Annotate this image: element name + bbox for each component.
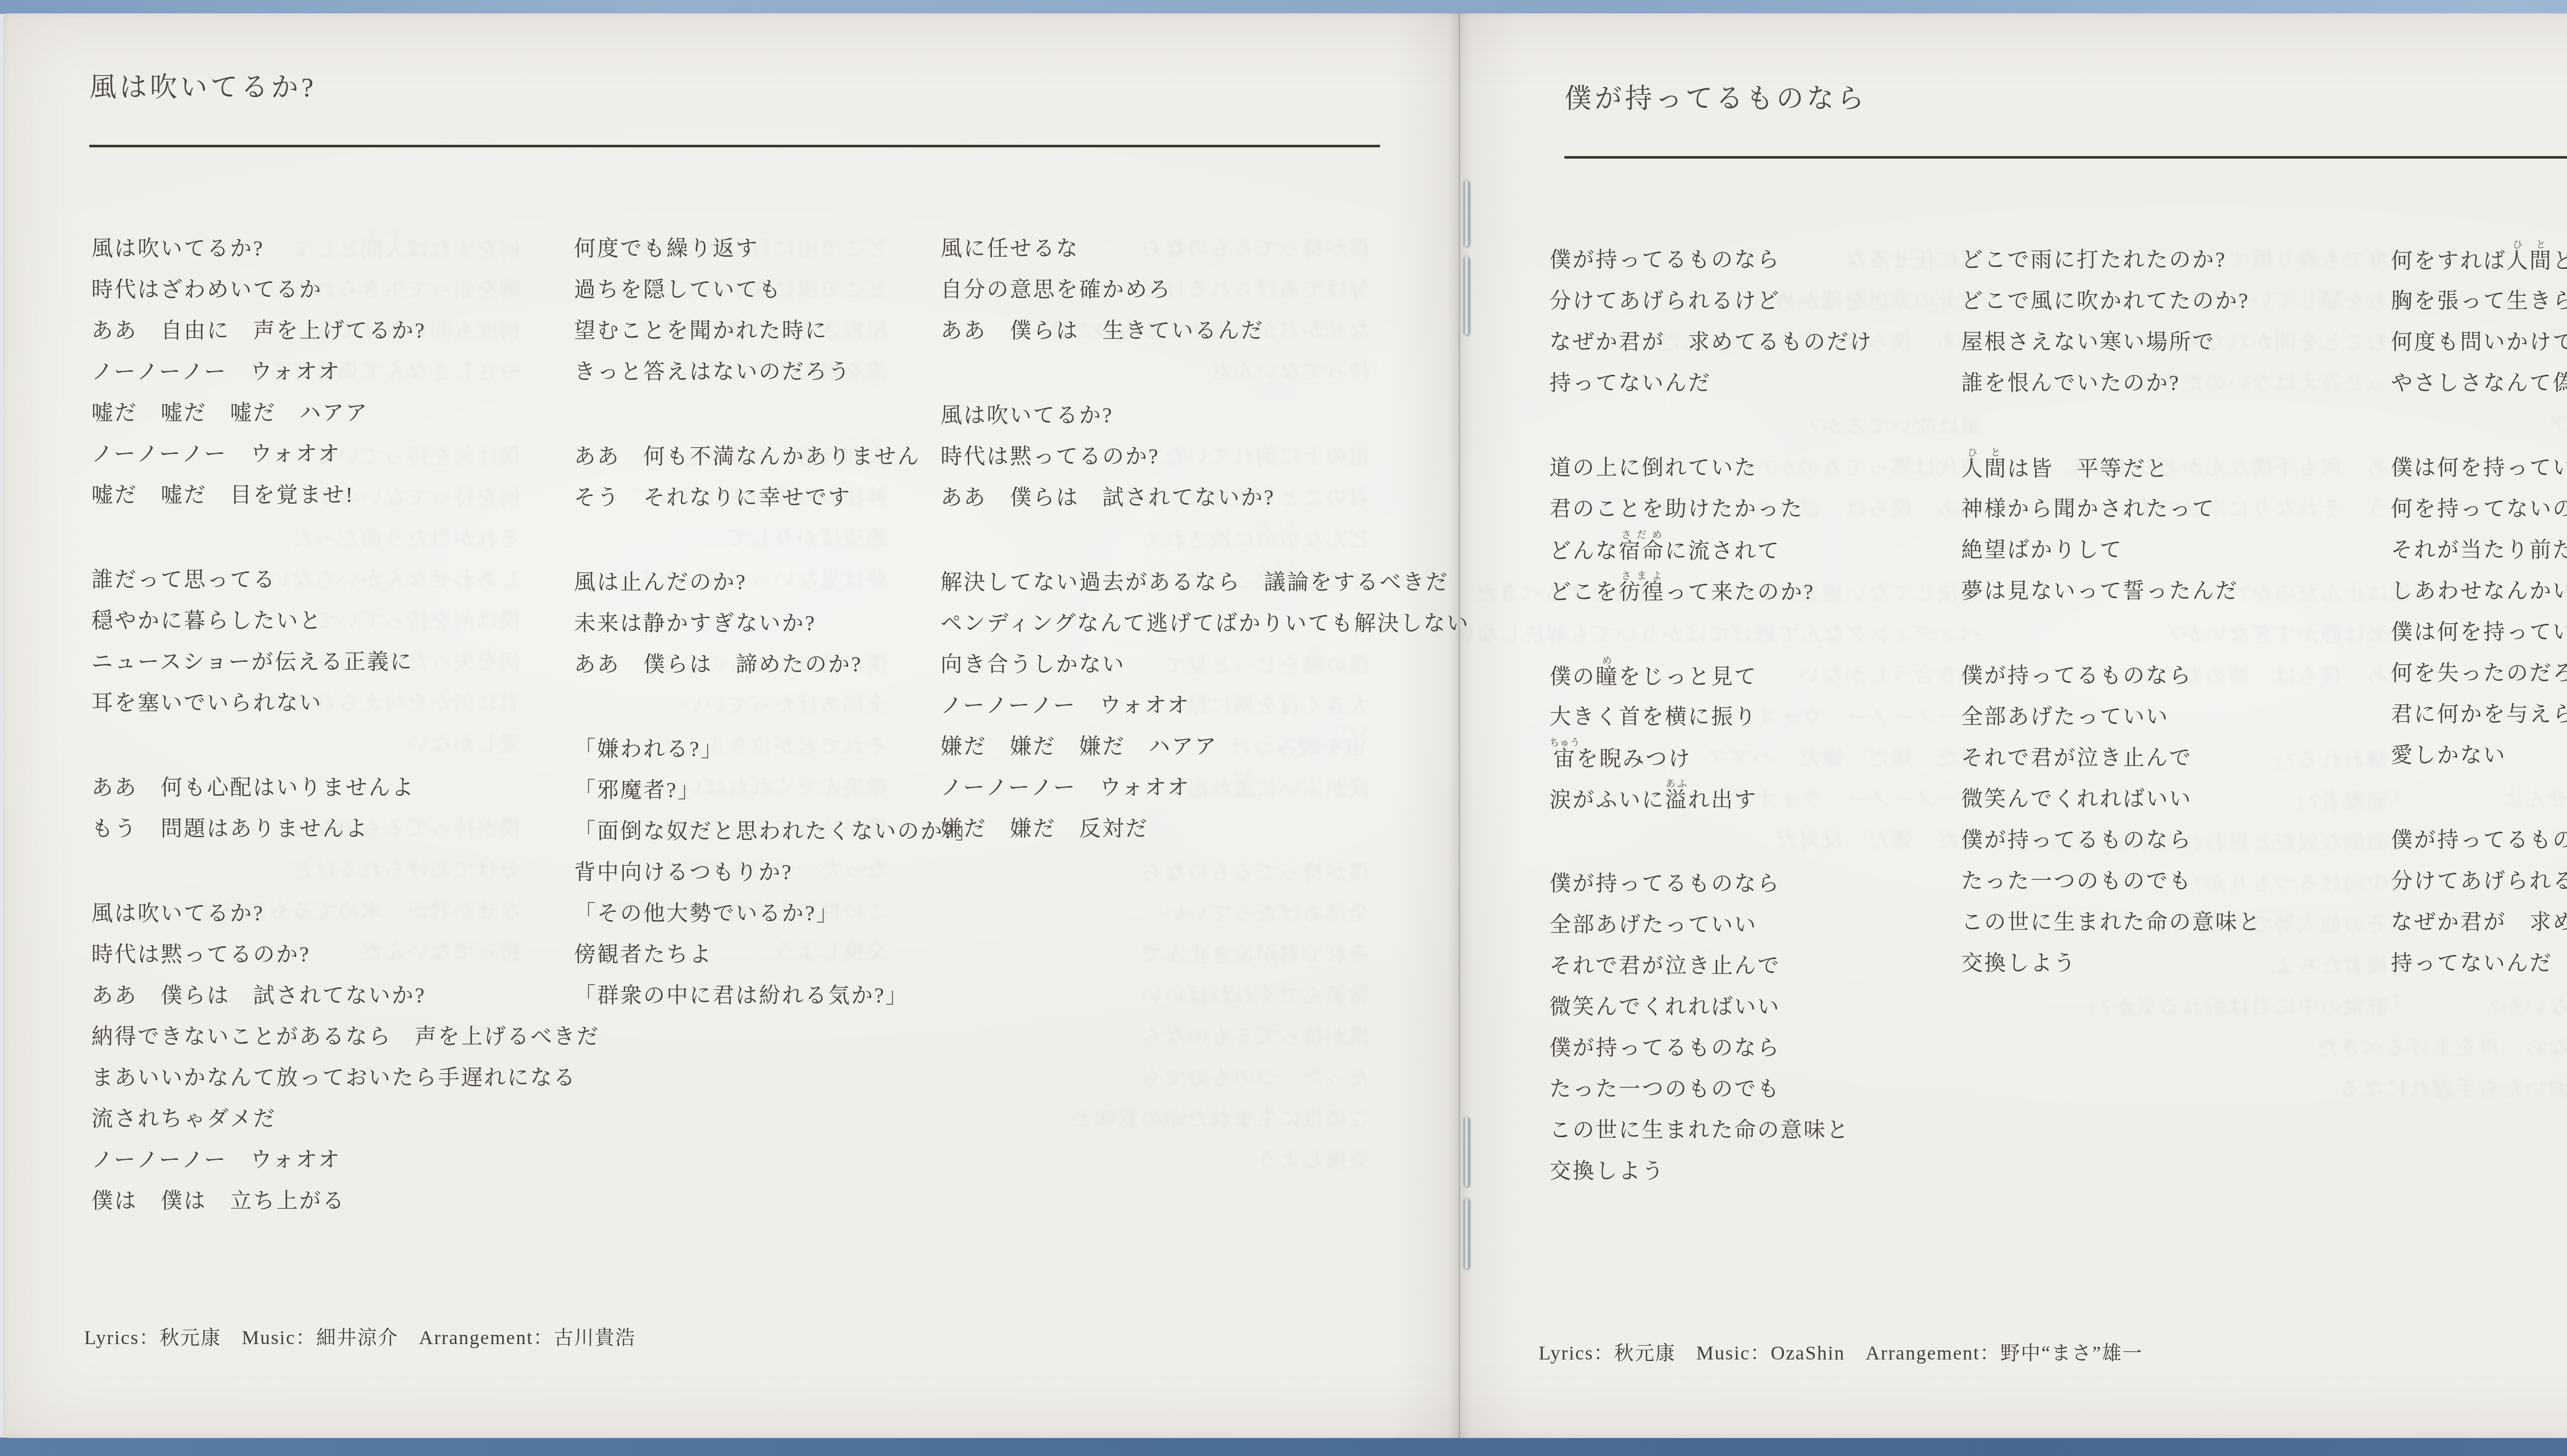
stanza: 風に任せるな自分の意思を確かめろああ 僕らは 生きているんだ	[941, 228, 1470, 352]
lyric-line: 誰を恨んでいたのか?	[1961, 363, 2262, 404]
stanza: 風は吹いてるか?時代は黙ってるのか?ああ 僕らは 試されてないか?	[941, 395, 1470, 519]
lyric-line: 誰だって思ってる	[91, 560, 600, 601]
lyric-line: 大きく首を横に振り	[1549, 697, 1873, 738]
stanza: 何をすれば人間ひととして胸を張って生きられるのか?何度も問いかけてるやさしさなん…	[2391, 240, 2567, 404]
gutter-crease	[1459, 13, 1460, 1438]
cover-edge-bottom	[0, 1438, 2567, 1456]
lyric-line: どこで雨に打たれたのか?	[1961, 240, 2262, 281]
lyric-line: 僕が持ってるものなら	[1961, 820, 2262, 861]
lyric-line: 風は吹いてるか?	[91, 893, 600, 934]
stanza: 風は止んだのか?未来は静かすぎないか?ああ 僕らは 諦めたのか?	[574, 562, 978, 685]
stanza: 風は吹いてるか?時代はざわめいてるかああ 自由に 声を上げてるか?ノーノーノー …	[91, 228, 600, 516]
lyric-line: 屋根さえない寒い場所で	[1961, 322, 2262, 363]
lyric-line: 僕が持ってるものなら	[1961, 656, 2262, 697]
lyric-line: 宙ちゅうを睨みつけ	[1549, 738, 1873, 779]
lyric-line: ニュースショーが伝える正義に	[91, 642, 600, 683]
stanza: 「嫌われる?」「邪魔者?」「面倒な奴だと思われたくないのか?」背中向けるつもりか…	[574, 729, 978, 1017]
lyric-line: 時代はざわめいてるか	[91, 270, 600, 311]
lyric-line: 微笑んでくれればいい	[1549, 987, 1873, 1028]
lyric-line: ああ 僕らは 試されてないか?	[91, 975, 600, 1017]
lyric-line: 神様から聞かされたって	[1961, 489, 2262, 530]
lyric-line: 時代は黙ってるのか?	[91, 934, 600, 975]
booklet-paper: 僕が持ってるものなら分けてあげられるけどなぜか君が 求めてるものだけ持ってないん…	[3, 13, 2567, 1438]
lyric-line: ああ 僕らは 試されてないか?	[941, 477, 1470, 519]
lyric-line: 背中向けるつもりか?	[574, 852, 978, 893]
lyric-line: ノーノーノー ウォオオ	[941, 768, 1470, 809]
lyric-line: 涙がふいに溢あふれ出す	[1549, 779, 1873, 820]
lyric-line: 何を持ってないのか	[2391, 489, 2567, 530]
lyric-line: もう 問題はありませんよ	[91, 809, 600, 850]
stanza: 僕の瞳めをじっと見て大きく首を横に振り宙ちゅうを睨みつけ涙がふいに溢あふれ出す	[1549, 656, 1873, 820]
lyric-line: この世に生まれた命の意味と	[1549, 1110, 1873, 1151]
lyric-line: 嫌だ 嫌だ 反対だ	[941, 809, 1470, 850]
lyric-line: ノーノーノー ウォオオ	[91, 352, 600, 393]
stanza: ああ 何も心配はいりませんよもう 問題はありませんよ	[91, 768, 600, 850]
lyric-line: 解決してない過去があるなら 議論をするべきだ	[941, 562, 1470, 603]
lyric-line: 分けてあげられるけど	[1549, 281, 1873, 322]
lyric-line: 全部あげたっていい	[1961, 697, 2262, 738]
staple-top	[1464, 181, 1469, 335]
lyrics-column: 風は吹いてるか?時代はざわめいてるかああ 自由に 声を上げてるか?ノーノーノー …	[91, 228, 600, 1222]
credits-line: Lyrics：秋元康 Music：細井涼介 Arrangement：古川貴浩	[84, 1321, 636, 1350]
stanza: ああ 何も不満なんかありませんそう それなりに幸せです	[574, 436, 978, 519]
lyric-line: 何度でも繰り返す	[574, 228, 978, 270]
lyric-line: 持ってないんだ	[2391, 943, 2567, 984]
lyric-line: 微笑んでくれればいい	[1961, 779, 2262, 820]
stanza: 僕が持ってるものなら全部あげたっていいそれで君が泣き止んで微笑んでくれればいい僕…	[1549, 864, 1873, 1192]
lyric-line: 愛しかない	[2391, 735, 2567, 776]
lyric-line: この世に生まれた命の意味と	[1961, 902, 2262, 943]
cover-edge-top	[0, 0, 2567, 14]
lyric-line: 嫌だ 嫌だ 嫌だ ハアア	[941, 726, 1470, 768]
lyric-line: 「群衆の中に君は紛れる気か?」	[574, 975, 978, 1017]
lyric-line: 僕は何を持っていて	[2391, 612, 2567, 653]
lyric-line: 僕は 僕は 立ち上がる	[91, 1181, 600, 1222]
lyric-line: どこを彷徨さまよって来たのか?	[1549, 571, 1873, 612]
lyric-line: 人間ひとは皆 平等だと	[1961, 448, 2262, 489]
lyric-line: 自分の意思を確かめろ	[941, 270, 1470, 311]
lyric-line: 絶望ばかりして	[1961, 530, 2262, 571]
lyric-line: 何をすれば人間ひととして	[2391, 240, 2567, 281]
lyric-line: それで君が泣き止んで	[1961, 738, 2262, 779]
credits-line: Lyrics：秋元康 Music：OzaShin Arrangement：野中“…	[1539, 1337, 2143, 1365]
lyric-line: 君に何かを与えられるなら	[2391, 694, 2567, 735]
lyric-line: 持ってないんだ	[1549, 363, 1873, 404]
lyric-line: 「その他大勢でいるか?」	[574, 893, 978, 934]
lyric-line: 交換しよう	[1961, 943, 2262, 984]
lyrics-layer: 風は吹いてるか?時代はざわめいてるかああ 自由に 声を上げてるか?ノーノーノー …	[3, 13, 1459, 1438]
stanza: 解決してない過去があるなら 議論をするべきだペンディングなんて逃げてばかりいても…	[941, 562, 1470, 850]
lyric-line: 風に任せるな	[941, 228, 1470, 270]
stanza: 僕は何を持っていて何を持ってないのかそれが当たり前だったしあわせなんかいらない僕…	[2391, 448, 2567, 776]
lyric-line: ノーノーノー ウォオオ	[941, 685, 1470, 726]
lyric-line: 僕の瞳めをじっと見て	[1549, 656, 1873, 697]
stanza: 誰だって思ってる穏やかに暮らしたいとニュースショーが伝える正義に耳を塞いでいられ…	[91, 560, 600, 724]
lyric-line: ああ 何も不満なんかありません	[574, 436, 978, 477]
lyric-line: 望むことを聞かれた時に	[574, 311, 978, 352]
lyric-line: 時代は黙ってるのか?	[941, 436, 1470, 477]
lyric-line: 納得できないことがあるなら 声を上げるべきだ	[91, 1017, 600, 1058]
lyric-line: 道の上に倒れていた	[1549, 448, 1873, 489]
lyric-line: 傍観者たちよ	[574, 934, 978, 975]
staple-segment	[1464, 181, 1469, 246]
lyric-line: ペンディングなんて逃げてばかりいても解決しない	[941, 603, 1470, 644]
lyric-line: 「邪魔者?」	[574, 770, 978, 811]
lyric-line: ああ 何も心配はいりませんよ	[91, 768, 600, 809]
lyric-line: 風は吹いてるか?	[91, 228, 600, 270]
booklet-scan: 僕が持ってるものなら分けてあげられるけどなぜか君が 求めてるものだけ持ってないん…	[0, 0, 2567, 1456]
stanza: どこで雨に打たれたのか?どこで風に吹かれてたのか?屋根さえない寒い場所で誰を恨ん…	[1961, 240, 2262, 404]
lyric-line: それが当たり前だった	[2391, 530, 2567, 571]
stanza: 何度でも繰り返す過ちを隠していても望むことを聞かれた時にきっと答えはないのだろう	[574, 228, 978, 393]
lyric-line: 僕が持ってるものなら	[1549, 240, 1873, 281]
lyric-line: 僕は何を持っていて	[2391, 448, 2567, 489]
staple-segment	[1464, 257, 1469, 335]
lyric-line: 君のことを助けたかった	[1549, 489, 1873, 530]
lyric-line: ノーノーノー ウォオオ	[91, 434, 600, 475]
page-left: 僕が持ってるものなら分けてあげられるけどなぜか君が 求めてるものだけ持ってないん…	[3, 13, 1459, 1438]
lyric-line: 風は止んだのか?	[574, 562, 978, 603]
lyrics-layer: 僕が持ってるものなら分けてあげられるけどなぜか君が 求めてるものだけ持ってないん…	[1459, 13, 2567, 1438]
lyric-line: ああ 自由に 声を上げてるか?	[91, 311, 600, 352]
lyric-line: 風は吹いてるか?	[941, 395, 1470, 436]
stanza: 風は吹いてるか?時代は黙ってるのか?ああ 僕らは 試されてないか?納得できないこ…	[91, 893, 600, 1222]
page-right: 風は吹いてるか?時代はざわめいてるかああ 自由に 声を上げてるか?ノーノーノー …	[1459, 13, 2567, 1438]
lyrics-column: どこで雨に打たれたのか?どこで風に吹かれてたのか?屋根さえない寒い場所で誰を恨ん…	[1961, 240, 2262, 984]
lyric-line: 交換しよう	[1549, 1151, 1873, 1192]
lyric-line: どんな宿命さだめに流されて	[1549, 530, 1873, 571]
stanza: 僕が持ってるものなら分けてあげられるけどなぜか君が 求めてるものだけ持ってないん…	[1549, 240, 1873, 404]
staple-segment	[1464, 1198, 1469, 1269]
lyric-line: まあいいかなんて放っておいたら手遅れになる	[91, 1058, 600, 1099]
lyric-line: 過ちを隠していても	[574, 270, 978, 311]
lyric-line: やさしさなんて偽善だろう	[2391, 363, 2567, 404]
lyrics-column: 風に任せるな自分の意思を確かめろああ 僕らは 生きているんだ風は吹いてるか?時代…	[941, 228, 1470, 850]
lyric-line: 夢は見ないって誓ったんだ	[1961, 571, 2262, 612]
lyrics-column: 何度でも繰り返す過ちを隠していても望むことを聞かれた時にきっと答えはないのだろう…	[574, 228, 978, 1017]
lyric-line: それで君が泣き止んで	[1549, 946, 1873, 987]
lyric-line: ああ 僕らは 諦めたのか?	[574, 644, 978, 685]
lyric-line: 「面倒な奴だと思われたくないのか?」	[574, 811, 978, 852]
lyric-line: 僕が持ってるものなら	[2391, 820, 2567, 861]
lyric-line: 分けてあげられるけど	[2391, 861, 2567, 902]
lyric-line: 僕が持ってるものなら	[1549, 864, 1873, 905]
staple-segment	[1464, 1117, 1469, 1186]
lyric-line: 全部あげたっていい	[1549, 905, 1873, 946]
lyric-line: しあわせなんかいらない	[2391, 571, 2567, 612]
lyric-line: どこで風に吹かれてたのか?	[1961, 281, 2262, 322]
lyric-line: 流されちゃダメだ	[91, 1099, 600, 1140]
lyric-line: 何度も問いかけてる	[2391, 322, 2567, 363]
lyric-line: たった一つのものでも	[1549, 1069, 1873, 1110]
lyrics-column: 僕が持ってるものなら分けてあげられるけどなぜか君が 求めてるものだけ持ってないん…	[1549, 240, 1873, 1192]
lyrics-column: 何をすれば人間ひととして胸を張って生きられるのか?何度も問いかけてるやさしさなん…	[2391, 240, 2567, 984]
lyric-line: ああ 僕らは 生きているんだ	[941, 311, 1470, 352]
lyric-line: 胸を張って生きられるのか?	[2391, 281, 2567, 322]
lyric-line: ノーノーノー ウォオオ	[91, 1140, 600, 1181]
lyric-line: 僕が持ってるものなら	[1549, 1028, 1873, 1069]
stanza: 僕が持ってるものなら分けてあげられるけどなぜか君が 求めてるものだけ持ってないん…	[2391, 820, 2567, 984]
lyric-line: 嘘だ 嘘だ 目を覚ませ!	[91, 475, 600, 516]
lyric-line: 穏やかに暮らしたいと	[91, 601, 600, 642]
stanza: 僕が持ってるものなら全部あげたっていいそれで君が泣き止んで微笑んでくれればいい僕…	[1961, 656, 2262, 984]
lyric-line: 「嫌われる?」	[574, 729, 978, 770]
lyric-line: 何を失ったのだろう	[2391, 653, 2567, 694]
lyric-line: たった一つのものでも	[1961, 861, 2262, 902]
lyric-line: 未来は静かすぎないか?	[574, 603, 978, 644]
lyric-line: なぜか君が 求めてるものだけ	[2391, 902, 2567, 943]
lyric-line: 向き合うしかない	[941, 644, 1470, 685]
gutter-shadow	[1392, 13, 1525, 1438]
lyric-line: 嘘だ 嘘だ 嘘だ ハアア	[91, 393, 600, 434]
lyric-line: きっと答えはないのだろう	[574, 352, 978, 393]
stanza: 人間ひとは皆 平等だと神様から聞かされたって絶望ばかりして夢は見ないって誓ったん…	[1961, 448, 2262, 612]
lyric-line: そう それなりに幸せです	[574, 477, 978, 519]
lyric-line: 耳を塞いでいられない	[91, 683, 600, 724]
stanza: 道の上に倒れていた君のことを助けたかったどんな宿命さだめに流されてどこを彷徨さま…	[1549, 448, 1873, 612]
staple-bottom	[1464, 1117, 1469, 1269]
lyric-line: なぜか君が 求めてるものだけ	[1549, 322, 1873, 363]
